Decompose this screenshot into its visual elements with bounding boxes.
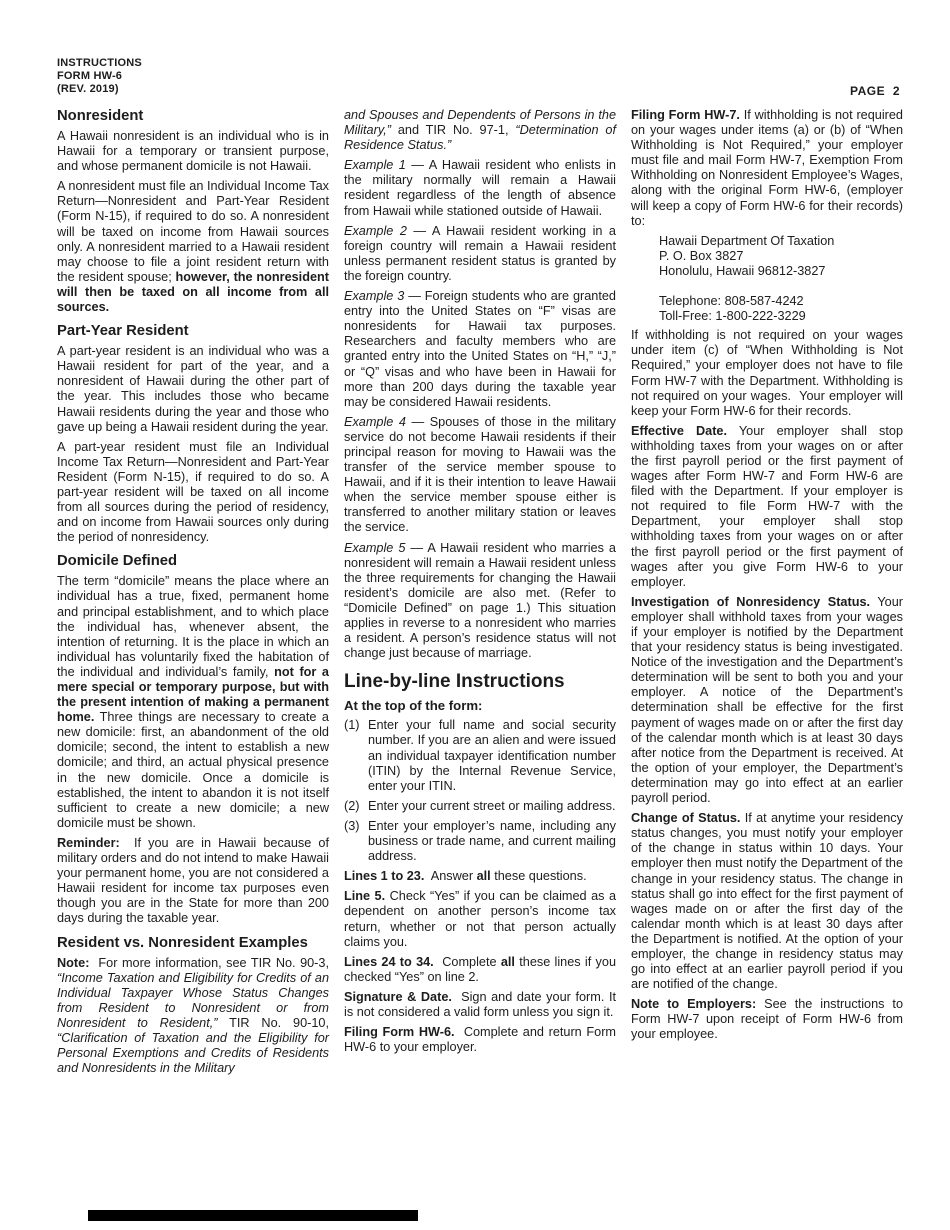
paragraph: Filing Form HW-6. Complete and return Fo… <box>344 1025 616 1055</box>
doc-header: INSTRUCTIONS FORM HW-6 (REV. 2019) <box>57 57 142 96</box>
text-segment: Note: <box>57 956 89 970</box>
item-number: (1) <box>344 718 368 793</box>
text-segment: “Clarification of Taxation and the Eligi… <box>57 1031 329 1075</box>
text-segment: Note to Employers: <box>631 997 756 1011</box>
address-line: Honolulu, Hawaii 96812-3827 <box>659 264 903 279</box>
paragraph: Reminder: If you are in Hawaii because o… <box>57 836 329 927</box>
address-line: Toll-Free: 1-800-222-3229 <box>659 309 903 324</box>
text-segment: If withholding is not required on your w… <box>631 328 903 417</box>
paragraph: A part-year resident must file an Indivi… <box>57 440 329 546</box>
text-segment: TIR No. 90-10, <box>218 1016 329 1030</box>
text-segment: Three things are necessary to create a n… <box>57 710 329 830</box>
paragraph: Example 4 — Spouses of those in the mili… <box>344 415 616 536</box>
numbered-item: (3)Enter your employer’s name, including… <box>344 819 616 864</box>
paragraph: A Hawaii nonresident is an individual wh… <box>57 129 329 174</box>
text-segment: For more information, see TIR No. 90-3, <box>89 956 329 970</box>
text-segment: — Spouses of those in the military servi… <box>344 415 616 535</box>
text-segment: Example 5 <box>344 541 405 555</box>
text-segment: Complete <box>434 955 501 969</box>
column-3: Filing Form HW-7. If withholding is not … <box>631 108 903 1081</box>
text-segment: Effective Date. <box>631 424 727 438</box>
text-segment: If withholding is not required on your w… <box>631 108 903 228</box>
paragraph: Lines 24 to 34. Complete all these lines… <box>344 955 616 985</box>
paragraph: Lines 1 to 23. Answer all these question… <box>344 869 616 884</box>
section-heading: At the top of the form: <box>344 698 616 713</box>
major-heading: Line-by-line Instructions <box>344 671 616 693</box>
paragraph: Effective Date. Your employer shall stop… <box>631 424 903 590</box>
section-heading: Domicile Defined <box>57 553 329 570</box>
text-segment: A nonresident must file an Individual In… <box>57 179 329 284</box>
address-block: Telephone: 808-587-4242Toll-Free: 1-800-… <box>659 294 903 324</box>
text-segment: Enter your full name and social security… <box>368 718 616 792</box>
paragraph: Line 5. Check “Yes” if you can be claime… <box>344 889 616 949</box>
numbered-item: (2)Enter your current street or mailing … <box>344 799 616 814</box>
column-1: NonresidentA Hawaii nonresident is an in… <box>57 108 329 1081</box>
text-segment: Reminder: <box>57 836 120 850</box>
paragraph: Example 2 — A Hawaii resident working in… <box>344 224 616 284</box>
text-segment: Enter your employer’s name, including an… <box>368 819 616 863</box>
text-segment: A Hawaii nonresident is an individual wh… <box>57 129 329 173</box>
numbered-item: (1)Enter your full name and social secur… <box>344 718 616 793</box>
text-segment: Example 3 <box>344 289 404 303</box>
item-text: Enter your employer’s name, including an… <box>368 819 616 864</box>
column-2: and Spouses and Dependents of Persons in… <box>344 108 616 1081</box>
item-number: (3) <box>344 819 368 864</box>
text-segment: The term “domicile” means the place wher… <box>57 574 329 679</box>
paragraph: The term “domicile” means the place wher… <box>57 574 329 831</box>
paragraph: Change of Status. If at anytime your res… <box>631 811 903 992</box>
paragraph: Example 3 — Foreign students who are gra… <box>344 289 616 410</box>
text-segment: Check “Yes” if you can be claimed as a d… <box>344 889 616 948</box>
paragraph: Note: For more information, see TIR No. … <box>57 956 329 1077</box>
paragraph: Investigation of Nonresidency Status. Yo… <box>631 595 903 806</box>
text-segment: Lines 1 to 23. <box>344 869 424 883</box>
text-segment: A part-year resident must file an Indivi… <box>57 440 329 545</box>
text-segment: — Foreign students who are granted entry… <box>344 289 616 409</box>
section-heading: Resident vs. Nonresident Examples <box>57 935 329 952</box>
header-instructions-line: INSTRUCTIONS <box>57 57 142 70</box>
text-segment: Investigation of Nonresidency Status. <box>631 595 870 609</box>
text-segment: Example 4 <box>344 415 406 429</box>
address-block: Hawaii Department Of TaxationP. O. Box 3… <box>659 234 903 279</box>
text-segment: Enter your current street or mailing add… <box>368 799 616 813</box>
paragraph: A part-year resident is an individual wh… <box>57 344 329 435</box>
text-segment: Filing Form HW-6. <box>344 1025 455 1039</box>
page-number-label: PAGE 2 <box>850 84 900 98</box>
paragraph: Note to Employers: See the instructions … <box>631 997 903 1042</box>
paragraph: and Spouses and Dependents of Persons in… <box>344 108 616 153</box>
paragraph: A nonresident must file an Individual In… <box>57 179 329 315</box>
text-segment: Filing Form HW-7. <box>631 108 740 122</box>
three-column-body: NonresidentA Hawaii nonresident is an in… <box>57 108 903 1081</box>
text-segment: Your employer shall withhold taxes from … <box>631 595 903 805</box>
text-segment: Example 2 <box>344 224 407 238</box>
document-page: INSTRUCTIONS FORM HW-6 (REV. 2019) PAGE … <box>0 0 950 1230</box>
address-line: Telephone: 808-587-4242 <box>659 294 903 309</box>
text-segment: Lines 24 to 34. <box>344 955 434 969</box>
text-segment: Signature & Date. <box>344 990 452 1004</box>
address-line: Hawaii Department Of Taxation <box>659 234 903 249</box>
text-segment: all <box>501 955 515 969</box>
paragraph: Filing Form HW-7. If withholding is not … <box>631 108 903 229</box>
section-heading: Nonresident <box>57 108 329 125</box>
text-segment: — A Hawaii resident who marries a nonres… <box>344 541 616 661</box>
item-number: (2) <box>344 799 368 814</box>
item-text: Enter your current street or mailing add… <box>368 799 616 814</box>
bottom-registration-bar <box>88 1210 418 1221</box>
paragraph: If withholding is not required on your w… <box>631 328 903 419</box>
paragraph: Example 1 — A Hawaii resident who enlist… <box>344 158 616 218</box>
section-heading: Part-Year Resident <box>57 323 329 340</box>
text-segment: these questions. <box>491 869 587 883</box>
text-segment: and TIR No. 97-1, <box>391 123 515 137</box>
item-text: Enter your full name and social security… <box>368 718 616 793</box>
text-segment: If at anytime your residency status chan… <box>631 811 903 991</box>
text-segment: Line 5. <box>344 889 385 903</box>
header-form-line: FORM HW-6 <box>57 70 142 83</box>
header-revision-line: (REV. 2019) <box>57 83 142 96</box>
text-segment: all <box>477 869 491 883</box>
text-segment: Answer <box>424 869 476 883</box>
text-segment: Change of Status. <box>631 811 740 825</box>
paragraph: Example 5 — A Hawaii resident who marrie… <box>344 541 616 662</box>
address-line: P. O. Box 3827 <box>659 249 903 264</box>
paragraph: Signature & Date. Sign and date your for… <box>344 990 616 1020</box>
text-segment: Your employer shall stop withholding tax… <box>631 424 903 589</box>
text-segment: Example 1 <box>344 158 406 172</box>
text-segment: A part-year resident is an individual wh… <box>57 344 329 433</box>
